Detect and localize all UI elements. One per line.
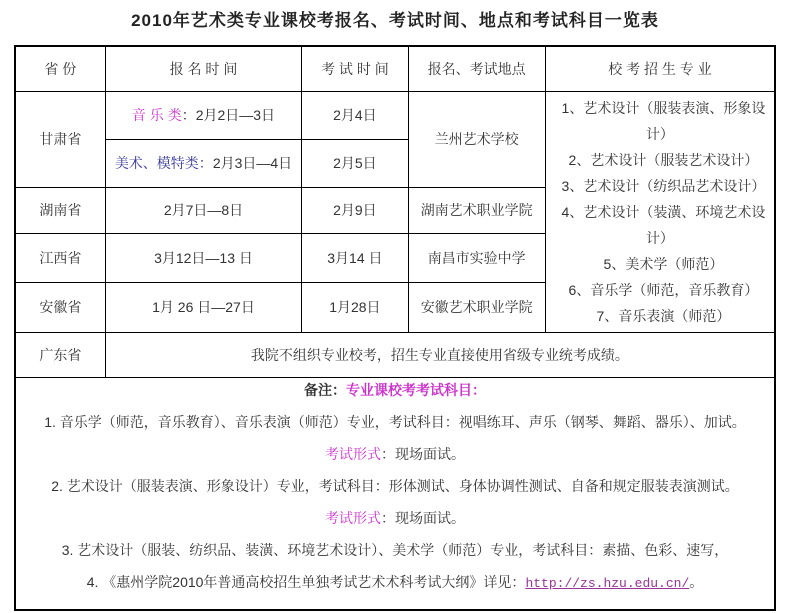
cell-exam-time-jiangxi: 3月14 日 (302, 233, 408, 282)
cell-exam-time-anhui: 1月28日 (302, 282, 408, 332)
exam-schedule-table: 省 份 报 名 时 间 考 试 时 间 报名、考试地点 校 考 招 生 专 业 … (14, 45, 776, 611)
major-item-5: 5、美术学（师范） (550, 251, 770, 277)
cell-reg-time-jiangxi: 3月12日—13 日 (105, 233, 302, 282)
cell-location-anhui: 安徽艺术职业学院 (408, 282, 545, 332)
col-header-majors: 校 考 招 生 专 业 (545, 46, 775, 91)
table-row-gansu-music: 甘肃省 音 乐 类：2月2日—3日 2月4日 兰州艺术学校 1、艺术设计（服装表… (15, 91, 775, 139)
cell-location-hunan: 湖南艺术职业学院 (408, 187, 545, 233)
notes-label: 备注： (304, 382, 346, 398)
syllabus-url-link[interactable]: http://zs.hzu.edu.cn/ (525, 576, 689, 591)
cell-reg-time-hunan: 2月7日—8日 (105, 187, 302, 233)
note-item-3: 3. 艺术设计（服装、纺织品、装潢、环境艺术设计）、美术学（师范）专业，考试科目… (20, 541, 770, 560)
note-item-4: 4. 《惠州学院2010年普通高校招生单独考试艺术术科考试大纲》详见：http:… (20, 573, 770, 593)
notes-subjects-heading: 专业课校考考试科目： (346, 382, 486, 398)
cell-guangdong-note: 我院不组织专业校考，招生专业直接使用省级专业统考成绩。 (105, 332, 775, 377)
cell-reg-time-gansu-art: 美术、模特类：2月3日—4日 (105, 139, 302, 187)
reg-time-art: 2月3日—4日 (213, 155, 292, 171)
notes-row: 备注：专业课校考考试科目： 1. 音乐学（师范，音乐教育）、音乐表演（师范）专业… (15, 377, 775, 610)
major-item-2: 2、艺术设计（服装艺术设计） (550, 147, 770, 173)
note-item-2: 2. 艺术设计（服装表演、形象设计）专业，考试科目：形体测试、身体协调性测试、自… (20, 477, 770, 496)
table-header-row: 省 份 报 名 时 间 考 试 时 间 报名、考试地点 校 考 招 生 专 业 (15, 46, 775, 91)
note-item-4-suffix: 。 (689, 574, 703, 590)
cell-reg-time-gansu-music: 音 乐 类：2月2日—3日 (105, 91, 302, 139)
col-header-exam-time: 考 试 时 间 (302, 46, 408, 91)
major-item-4: 4、艺术设计（装潢、环境艺术设计） (550, 199, 770, 251)
notes-heading-line: 备注：专业课校考考试科目： (20, 381, 770, 400)
reg-time-music: ：2月2日—3日 (182, 107, 275, 123)
note-exam-form-line-1: 考试形式：现场面试。 (20, 445, 770, 464)
category-art-model-label: 美术、模特类： (115, 155, 213, 171)
major-item-1: 1、艺术设计（服装表演、形象设计） (550, 95, 770, 147)
major-item-6: 6、音乐学（师范，音乐教育） (550, 277, 770, 303)
cell-exam-time-gansu-art: 2月5日 (302, 139, 408, 187)
cell-location-jiangxi: 南昌市实验中学 (408, 233, 545, 282)
table-row-guangdong: 广东省 我院不组织专业校考，招生专业直接使用省级专业统考成绩。 (15, 332, 775, 377)
col-header-province: 省 份 (15, 46, 105, 91)
cell-reg-time-anhui: 1月 26 日—27日 (105, 282, 302, 332)
exam-table-container: 省 份 报 名 时 间 考 试 时 间 报名、考试地点 校 考 招 生 专 业 … (14, 45, 776, 611)
cell-province-guangdong: 广东省 (15, 332, 105, 377)
notes-section: 备注：专业课校考考试科目： 1. 音乐学（师范，音乐教育）、音乐表演（师范）专业… (15, 377, 775, 610)
cell-province-anhui: 安徽省 (15, 282, 105, 332)
exam-form-value: ：现场面试。 (381, 510, 465, 526)
exam-form-value: ：现场面试。 (381, 446, 465, 462)
major-item-7: 7、音乐表演（师范） (550, 303, 770, 329)
major-item-3: 3、艺术设计（纺织品艺术设计） (550, 173, 770, 199)
cell-location-gansu: 兰州艺术学校 (408, 91, 545, 187)
note-item-1: 1. 音乐学（师范，音乐教育）、音乐表演（师范）专业，考试科目：视唱练耳、声乐（… (20, 413, 770, 432)
cell-majors-list: 1、艺术设计（服装表演、形象设计） 2、艺术设计（服装艺术设计） 3、艺术设计（… (545, 91, 775, 332)
exam-form-label: 考试形式 (325, 446, 381, 462)
cell-province-hunan: 湖南省 (15, 187, 105, 233)
note-exam-form-line-2: 考试形式：现场面试。 (20, 509, 770, 528)
category-music-label: 音 乐 类 (132, 107, 182, 123)
cell-province-jiangxi: 江西省 (15, 233, 105, 282)
exam-form-label: 考试形式 (325, 510, 381, 526)
note-item-4-text: 4. 《惠州学院2010年普通高校招生单独考试艺术术科考试大纲》详见： (87, 574, 526, 590)
col-header-registration-time: 报 名 时 间 (105, 46, 302, 91)
cell-exam-time-hunan: 2月9日 (302, 187, 408, 233)
cell-exam-time-gansu-music: 2月4日 (302, 91, 408, 139)
page-title: 2010年艺术类专业课校考报名、考试时间、地点和考试科目一览表 (0, 6, 790, 31)
col-header-location: 报名、考试地点 (408, 46, 545, 91)
cell-province-gansu: 甘肃省 (15, 91, 105, 187)
